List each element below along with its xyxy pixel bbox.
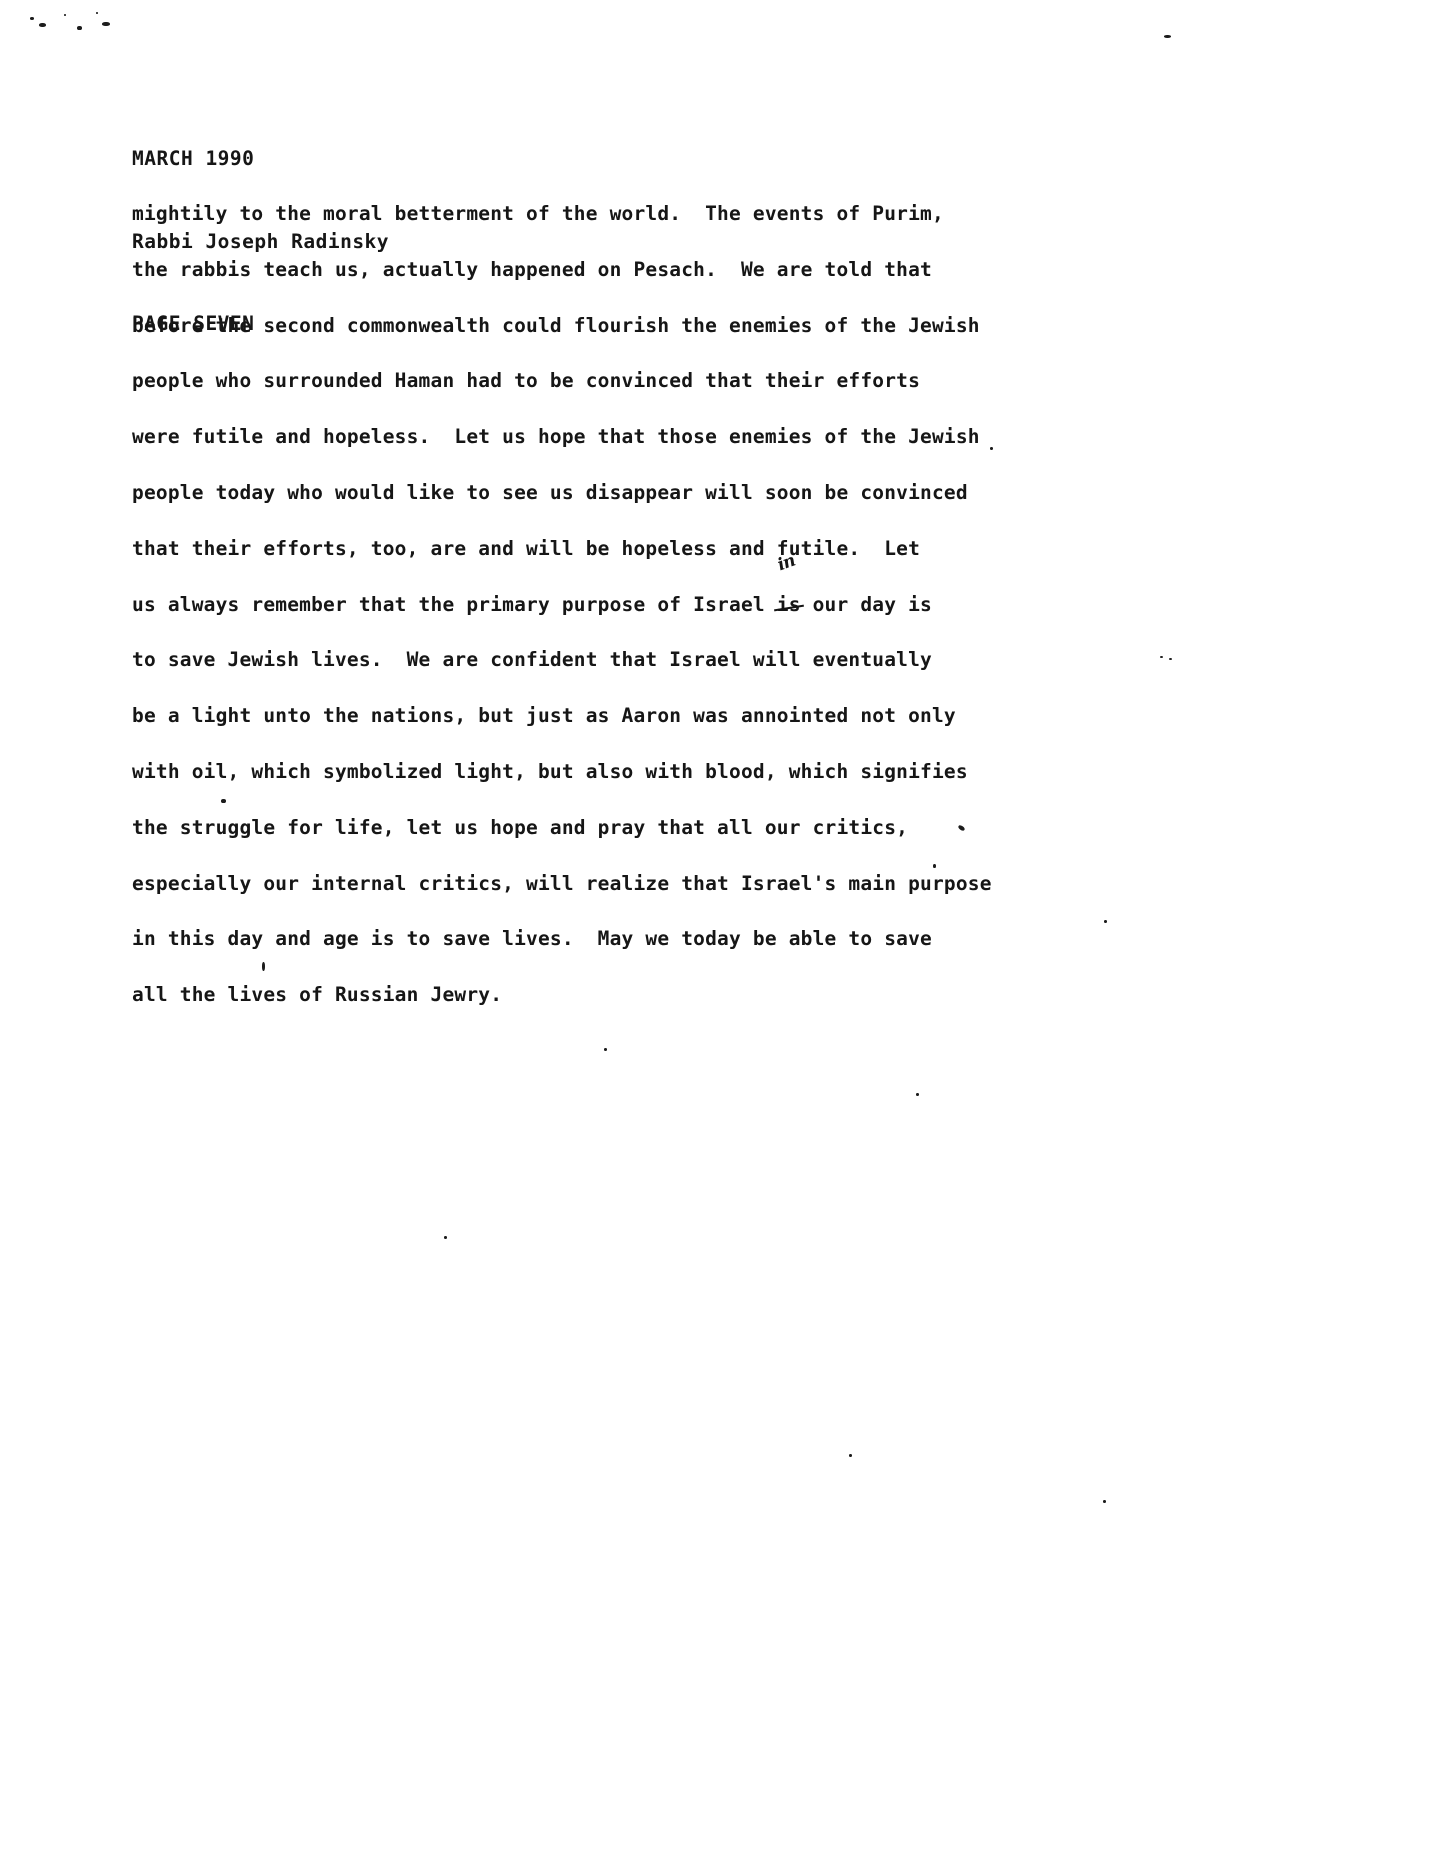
scan-speck xyxy=(77,26,82,30)
scan-speck xyxy=(604,1048,607,1051)
text-line: in this day and age is to save lives. Ma… xyxy=(132,911,1370,967)
scan-speck xyxy=(102,22,110,26)
text-line: people who surrounded Haman had to be co… xyxy=(132,353,1370,409)
scan-speck xyxy=(849,1454,852,1457)
text-line: all the lives of Russian Jewry. xyxy=(132,967,1370,1023)
scan-speck xyxy=(444,1236,447,1239)
text-segment: us always remember that the primary purp… xyxy=(132,593,777,616)
text-line: especially our internal critics, will re… xyxy=(132,856,1370,912)
scan-speck xyxy=(1164,35,1171,38)
text-line: with oil, which symbolized light, but al… xyxy=(132,744,1370,800)
scan-speck xyxy=(1103,1500,1106,1503)
text-line: that their efforts, too, are and will be… xyxy=(132,521,1370,577)
text-line: to save Jewish lives. We are confident t… xyxy=(132,632,1370,688)
document-body: mightily to the moral betterment of the … xyxy=(132,186,1370,1023)
document-page: MARCH 1990 Rabbi Joseph Radinsky PAGE SE… xyxy=(0,0,1430,1851)
text-line: us always remember that the primary purp… xyxy=(132,577,1370,633)
struck-word: isin xyxy=(777,577,801,633)
text-line: people today who would like to see us di… xyxy=(132,465,1370,521)
scan-speck xyxy=(64,14,66,16)
text-line: mightily to the moral betterment of the … xyxy=(132,186,1370,242)
scan-speck xyxy=(39,23,46,27)
text-line: before the second commonwealth could flo… xyxy=(132,298,1370,354)
text-line: be a light unto the nations, but just as… xyxy=(132,688,1370,744)
scan-speck xyxy=(96,12,98,14)
scan-speck xyxy=(30,17,34,20)
text-line: the rabbis teach us, actually happened o… xyxy=(132,242,1370,298)
text-line: were futile and hopeless. Let us hope th… xyxy=(132,409,1370,465)
scan-speck xyxy=(916,1093,919,1096)
text-segment: our day is xyxy=(801,593,932,616)
header-date: MARCH 1990 xyxy=(132,145,389,173)
text-line: the struggle for life, let us hope and p… xyxy=(132,800,1370,856)
